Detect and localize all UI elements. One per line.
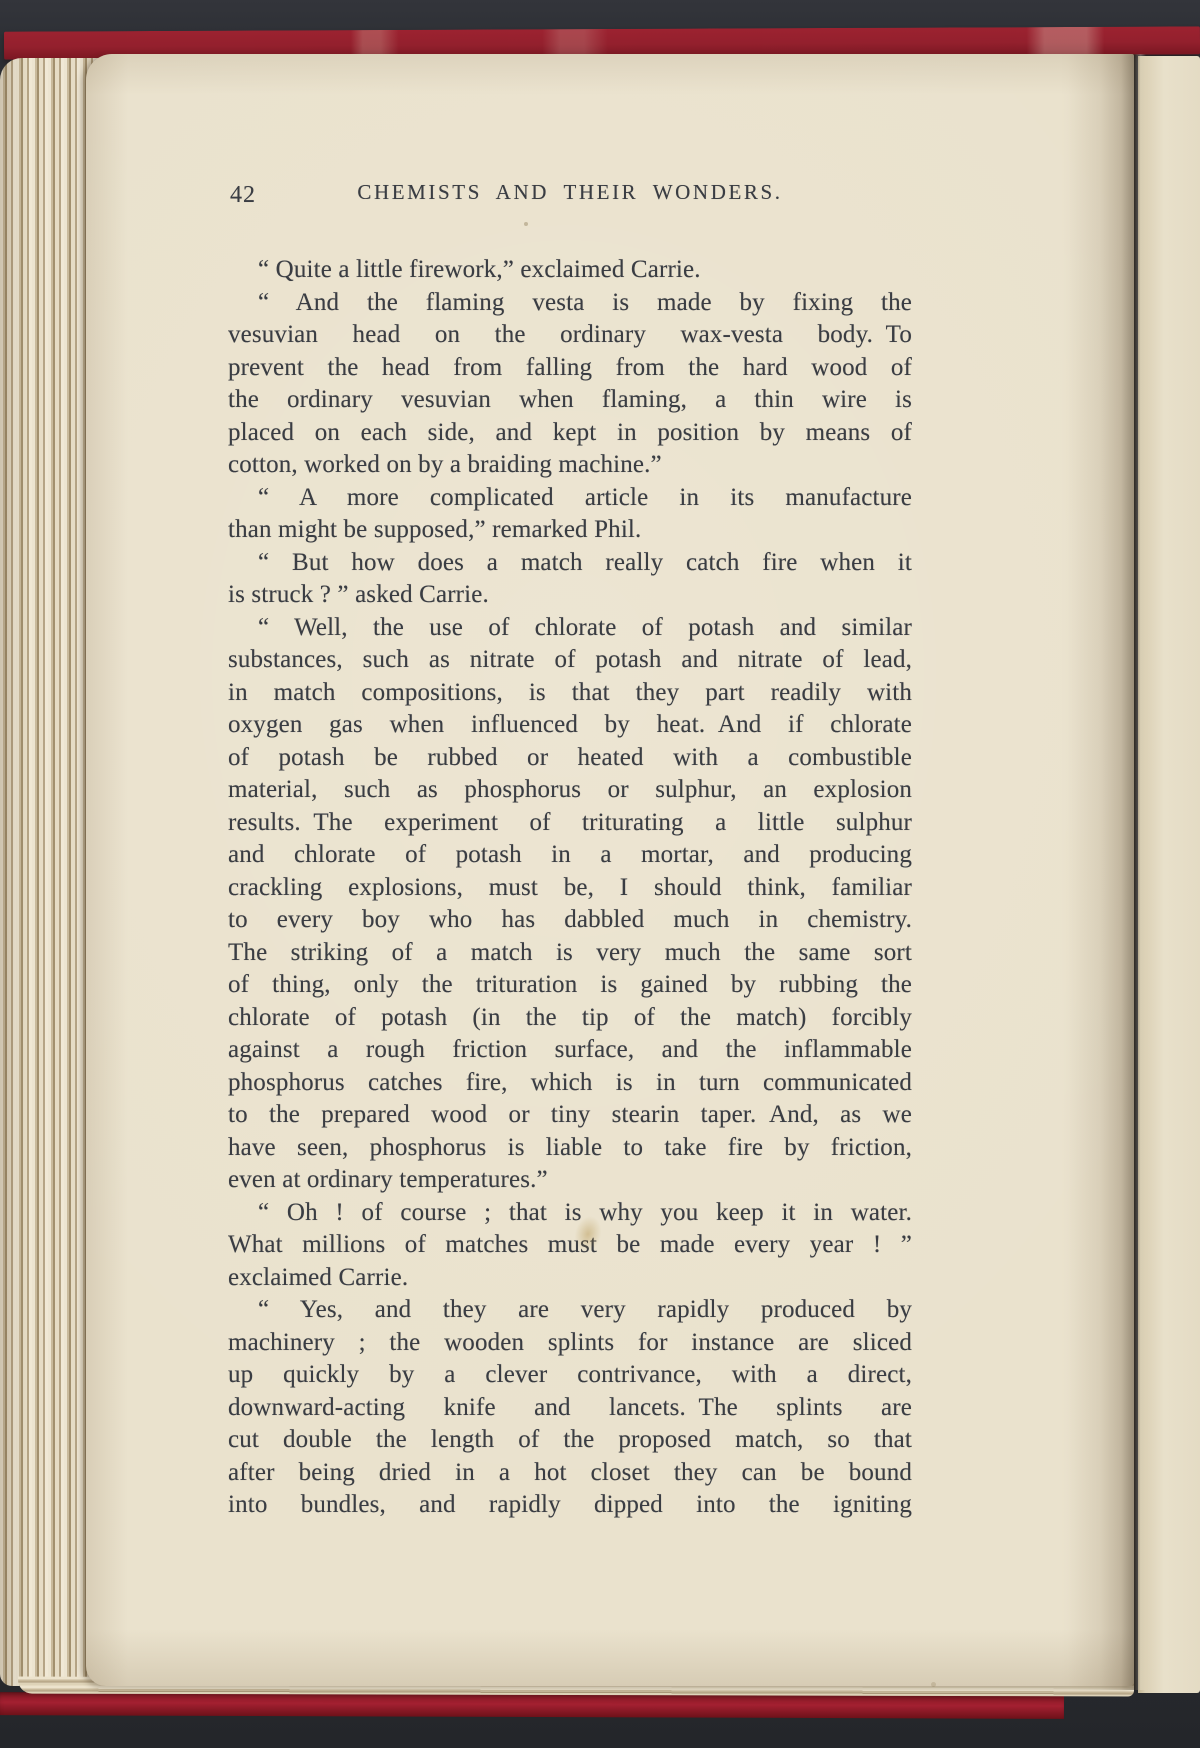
text-line: the ordinary vesuvian when flaming, a th… (228, 384, 912, 417)
text-line: vesuvian head on the ordinary wax-vesta … (228, 319, 912, 352)
text-line: What millions of matches must be made ev… (228, 1229, 912, 1262)
text-line: prevent the head from falling from the h… (228, 352, 912, 385)
text-line: after being dried in a hot closet they c… (228, 1457, 912, 1490)
text-line: up quickly by a clever contrivance, with… (228, 1359, 912, 1392)
text-line: material, such as phosphorus or sulphur,… (228, 774, 912, 807)
paper-speck (524, 222, 528, 226)
text-block: 42 CHEMISTS AND THEIR WONDERS. “ Quite a… (228, 180, 912, 1522)
book-page: 42 CHEMISTS AND THEIR WONDERS. “ Quite a… (86, 54, 1134, 1686)
text-line: to every boy who has dabbled much in che… (228, 904, 912, 937)
text-line: “ Well, the use of chlorate of potash an… (228, 612, 912, 645)
book-cover-bottom-edge (0, 1692, 1064, 1719)
text-line: “ And the flaming vesta is made by fixin… (228, 287, 912, 320)
text-line: is struck ? ” asked Carrie. (228, 579, 912, 612)
text-line: machinery ; the wooden splints for insta… (228, 1327, 912, 1360)
text-line: have seen, phosphorus is liable to take … (228, 1132, 912, 1165)
text-line: The striking of a match is very much the… (228, 937, 912, 970)
text-line: against a rough friction surface, and th… (228, 1034, 912, 1067)
text-line: of potash be rubbed or heated with a com… (228, 742, 912, 775)
text-line: chlorate of potash (in the tip of the ma… (228, 1002, 912, 1035)
text-line: even at ordinary temperatures.” (228, 1164, 912, 1197)
page-number: 42 (230, 182, 256, 209)
text-line: results. The experiment of triturating a… (228, 807, 912, 840)
facing-page-edge (1138, 56, 1200, 1693)
text-line: than might be supposed,” remarked Phil. (228, 514, 912, 547)
text-line: oxygen gas when influenced by heat. And … (228, 709, 912, 742)
book-scan-scene: 42 CHEMISTS AND THEIR WONDERS. “ Quite a… (0, 0, 1200, 1748)
text-line: cotton, worked on by a braiding machine.… (228, 449, 912, 482)
running-header: CHEMISTS AND THEIR WONDERS. (228, 180, 912, 205)
text-line: “ A more complicated article in its manu… (228, 482, 912, 515)
text-line: placed on each side, and kept in positio… (228, 417, 912, 450)
text-line: and chlorate of potash in a mortar, and … (228, 839, 912, 872)
text-line: cut double the length of the proposed ma… (228, 1424, 912, 1457)
text-line: “ Quite a little firework,” exclaimed Ca… (228, 254, 912, 287)
text-line: phosphorus catches fire, which is in tur… (228, 1067, 912, 1100)
paper-speck (931, 1682, 936, 1687)
text-line: into bundles, and rapidly dipped into th… (228, 1489, 912, 1522)
text-line: in match compositions, is that they part… (228, 677, 912, 710)
text-line: “ But how does a match really catch fire… (228, 547, 912, 580)
text-line: to the prepared wood or tiny stearin tap… (228, 1099, 912, 1132)
text-line: downward-acting knife and lancets. The s… (228, 1392, 912, 1425)
text-line: crackling explosions, must be, I should … (228, 872, 912, 905)
text-line: substances, such as nitrate of potash an… (228, 644, 912, 677)
page-body: “ Quite a little firework,” exclaimed Ca… (228, 254, 912, 1522)
page-header: 42 CHEMISTS AND THEIR WONDERS. (228, 180, 912, 210)
text-line: of thing, only the trituration is gained… (228, 969, 912, 1002)
text-line: “ Yes, and they are very rapidly produce… (228, 1294, 912, 1327)
text-line: exclaimed Carrie. (228, 1262, 912, 1295)
text-line: “ Oh ! of course ; that is why you keep … (228, 1197, 912, 1230)
